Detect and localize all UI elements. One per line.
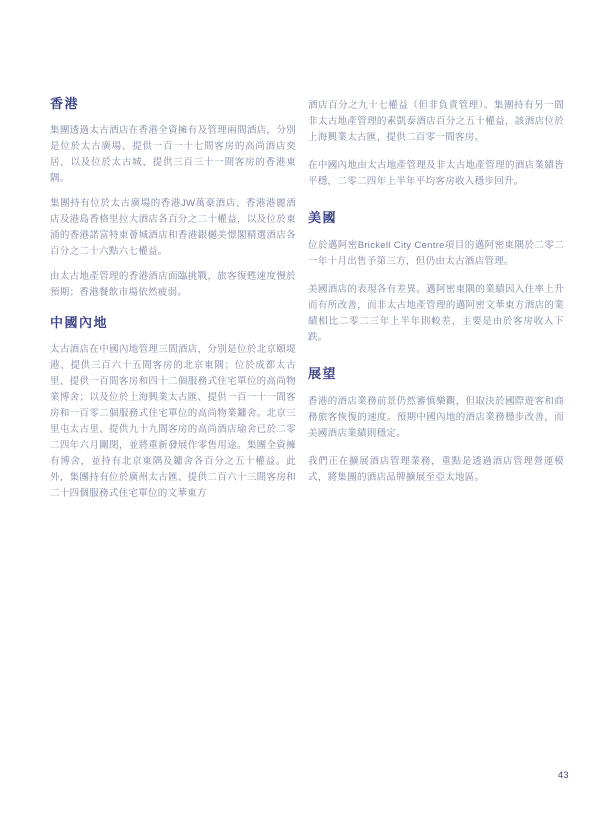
chinese-mainland-paragraph-1: 太古酒店在中國內地管理三間酒店，分別是位於北京頤堤港、提供三百六十五間客房的北京… bbox=[50, 342, 296, 502]
chinese-mainland-continuation-paragraph-1: 酒店百分之九十七權益（但非負責管理）。集團持有另一間非太古地產管理的素凱泰酒店百… bbox=[308, 98, 564, 146]
hong-kong-paragraph-1: 集團透過太古酒店在香港全資擁有及管理兩間酒店，分別是位於太古廣場、提供一百一十七… bbox=[50, 123, 296, 187]
hong-kong-paragraph-2: 集團持有位於太古廣場的香港JW萬豪酒店、香港港麗酒店及港島香格里拉大酒店各百分之… bbox=[50, 196, 296, 260]
hong-kong-paragraph-3: 由太古地產管理的香港酒店面臨挑戰，旅客復甦速度慢於預期；香港餐飲市場依然疲弱。 bbox=[50, 269, 296, 301]
section-heading-usa: 美國 bbox=[308, 210, 564, 226]
usa-paragraph-1: 位於邁阿密Brickell City Centre項目的邁阿密東隅於二零二一年十… bbox=[308, 238, 564, 270]
outlook-paragraph-2: 我們正在擴展酒店管理業務，重點是透過酒店管理營運模式，將集團的酒店品牌擴展至亞太… bbox=[308, 454, 564, 486]
outlook-paragraph-1: 香港的酒店業務前景仍然審慎樂觀，但取決於國際遊客和商務旅客恢復的速度。預期中國內… bbox=[308, 394, 564, 442]
right-column: 酒店百分之九十七權益（但非負責管理）。集團持有另一間非太古地產管理的素凱泰酒店百… bbox=[308, 98, 564, 498]
page-number: 43 bbox=[558, 770, 569, 780]
section-heading-hong-kong: 香港 bbox=[50, 96, 296, 112]
section-heading-outlook: 展望 bbox=[308, 366, 564, 382]
usa-paragraph-2: 美國酒店的表現各有差異。邁阿密東隅的業績因入住率上升而有所改善，而非太古地產管理… bbox=[308, 282, 564, 346]
section-heading-chinese-mainland: 中國內地 bbox=[50, 315, 296, 331]
left-column: 香港 集團透過太古酒店在香港全資擁有及管理兩間酒店，分別是位於太古廣場、提供一百… bbox=[50, 96, 296, 511]
chinese-mainland-continuation-paragraph-2: 在中國內地由太古地產管理及非太古地產管理的酒店業績皆平穩，二零二四年上半年平均客… bbox=[308, 158, 564, 190]
document-page: 香港 集團透過太古酒店在香港全資擁有及管理兩間酒店，分別是位於太古廣場、提供一百… bbox=[0, 0, 600, 814]
